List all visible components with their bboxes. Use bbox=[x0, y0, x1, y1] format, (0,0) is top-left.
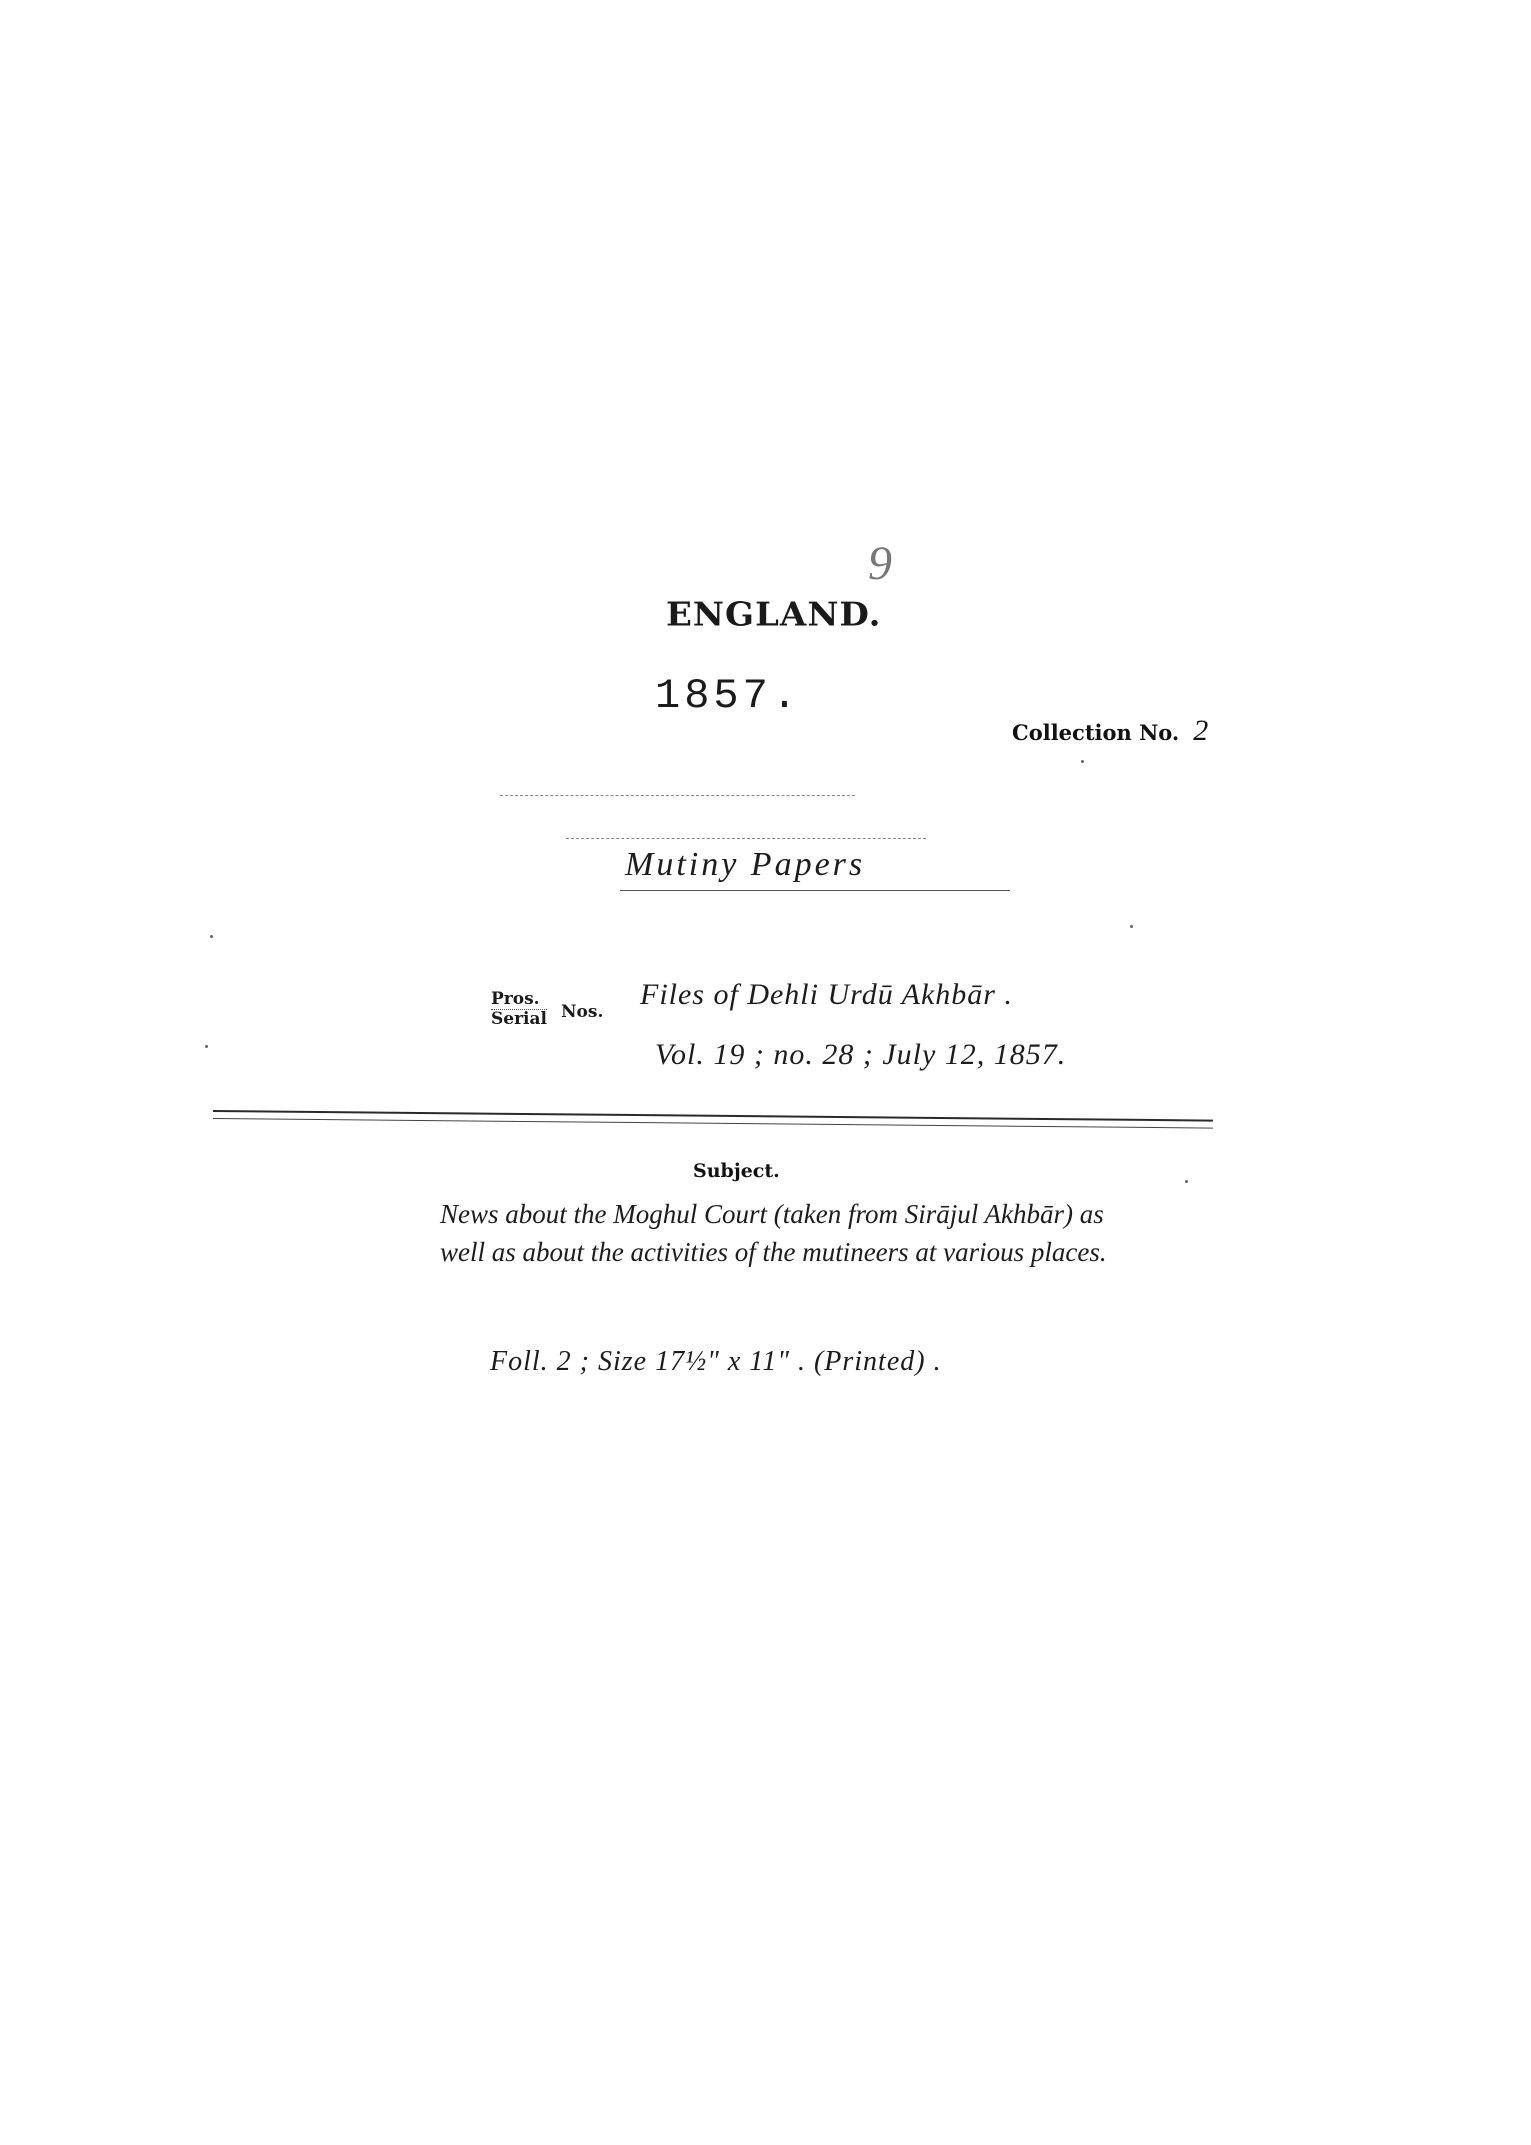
scan-speck bbox=[1185, 1180, 1188, 1183]
serial-label: Serial bbox=[491, 1009, 547, 1029]
scan-speck bbox=[210, 935, 213, 938]
subject-label: Subject. bbox=[693, 1160, 780, 1182]
collection-label: Collection No. bbox=[1012, 720, 1179, 745]
files-reference: Files of Dehli Urdū Akhbār . bbox=[640, 978, 1013, 1012]
pencil-folio-number: 9 bbox=[868, 536, 892, 591]
collection-number: Collection No.2 bbox=[1012, 714, 1208, 748]
subject-text: News about the Moghul Court (taken from … bbox=[440, 1195, 1130, 1271]
scan-speck bbox=[1130, 925, 1133, 928]
nos-label: Nos. bbox=[561, 1002, 603, 1022]
divider-line bbox=[500, 795, 855, 796]
scan-speck bbox=[205, 1045, 208, 1048]
reference-labels: Pros. Serial bbox=[491, 990, 547, 1029]
year: 1857. bbox=[655, 672, 801, 720]
series-title: Mutiny Papers bbox=[625, 846, 865, 884]
extent-description: Foll. 2 ; Size 17½" x 11" . (Printed) . bbox=[490, 1346, 942, 1378]
divider-line bbox=[566, 838, 926, 839]
collection-number-value: 2 bbox=[1193, 714, 1208, 747]
scan-speck bbox=[1081, 760, 1084, 763]
series-title-underline bbox=[620, 890, 1010, 891]
volume-reference: Vol. 19 ; no. 28 ; July 12, 1857. bbox=[655, 1038, 1066, 1072]
printed-header: ENGLAND. bbox=[666, 596, 882, 634]
pros-label: Pros. bbox=[491, 990, 547, 1010]
